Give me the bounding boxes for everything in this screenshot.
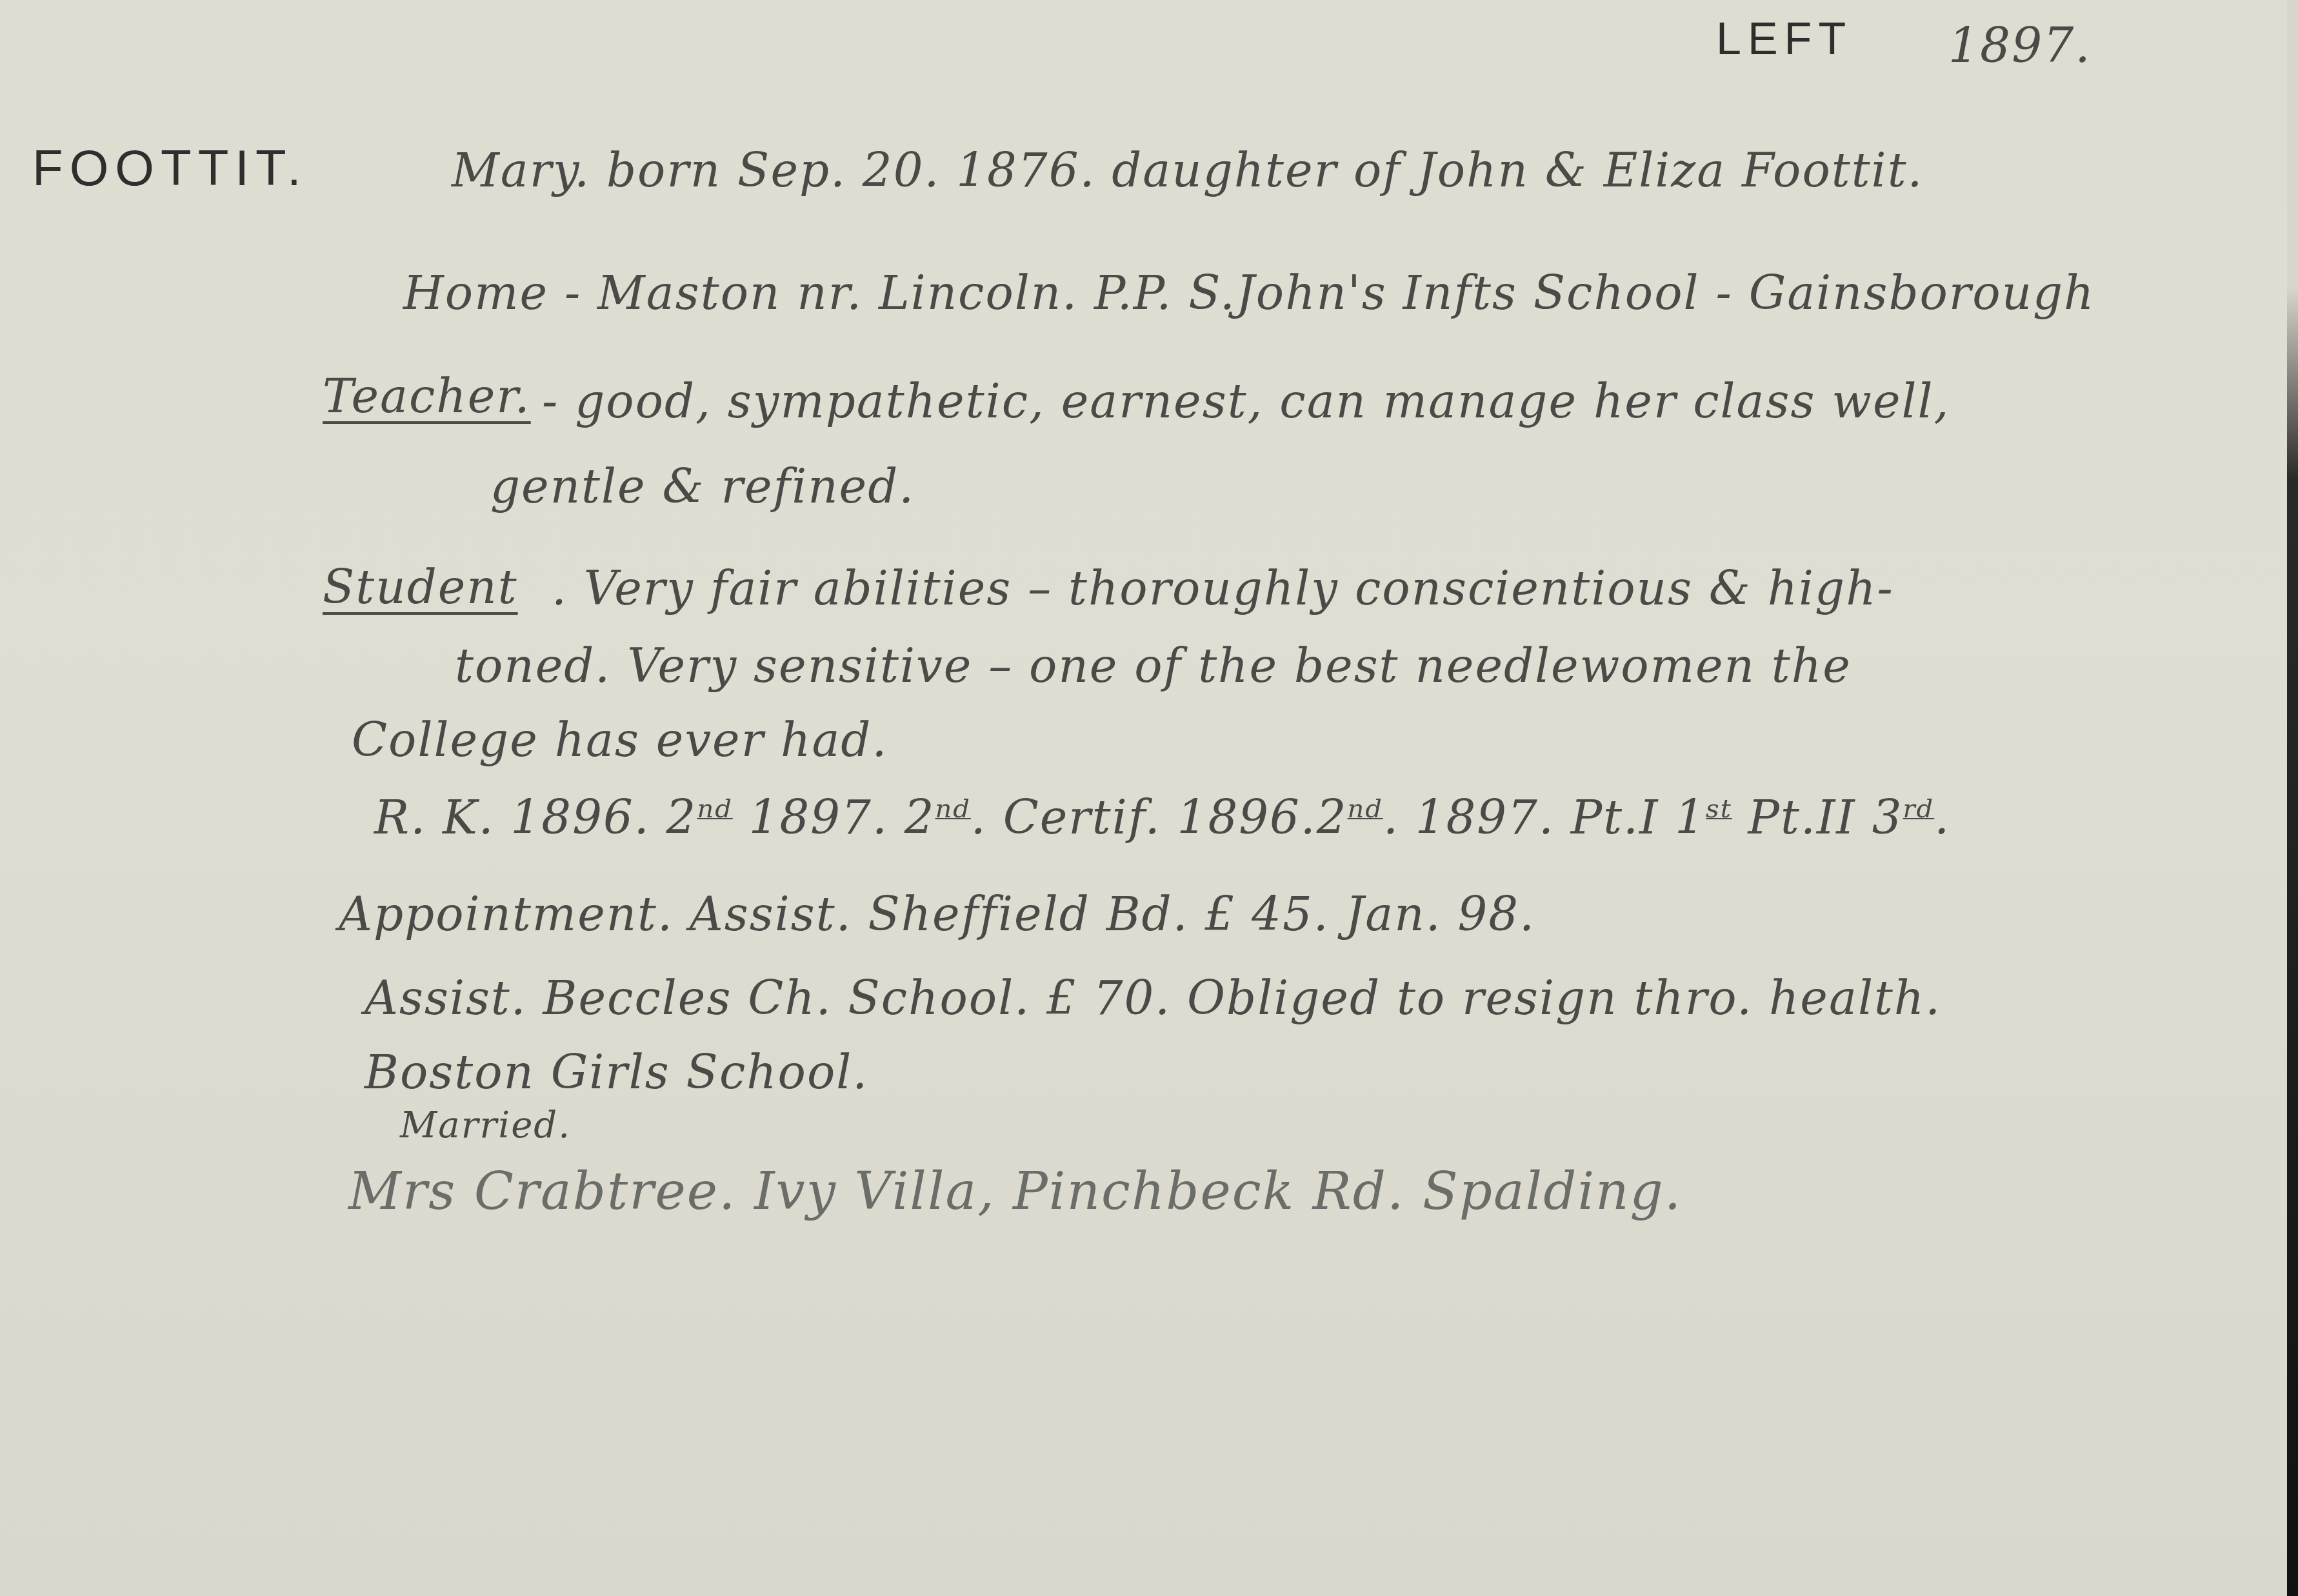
part-one-suffix: st bbox=[1706, 794, 1732, 824]
appointment-line1: Appointment. Assist. Sheffield Bd. £ 45.… bbox=[339, 887, 1535, 941]
rk-1896-year: 1896. bbox=[511, 790, 650, 844]
certif-1896-year: 1896. bbox=[1177, 790, 1317, 844]
teacher-remarks-line2: gentle & refined. bbox=[490, 459, 915, 514]
certif-1896-suffix: nd bbox=[1348, 794, 1383, 824]
teacher-label: Teacher. bbox=[323, 369, 531, 423]
page-edge-border bbox=[2287, 0, 2298, 1596]
left-status-label: LEFT bbox=[1716, 13, 1852, 65]
appointment-label: Appointment. bbox=[339, 887, 674, 941]
birth-line: Mary. born Sep. 20. 1876. daughter of Jo… bbox=[452, 143, 1923, 197]
rk-1896-class: 2 bbox=[666, 790, 697, 844]
rk-1897-class: 2 bbox=[904, 790, 935, 844]
student-remarks-line1: . Very fair abilities – thoroughly consc… bbox=[552, 561, 1894, 615]
married-label: Married. bbox=[400, 1104, 571, 1146]
certif-1896-class: 2 bbox=[1317, 790, 1348, 844]
appointment-line2: Assist. Beccles Ch. School. £ 70. Oblige… bbox=[365, 971, 1941, 1025]
part-two-suffix: rd bbox=[1903, 794, 1934, 824]
teacher-remarks-line1: - good, sympathetic, earnest, can manage… bbox=[542, 374, 1950, 428]
appointment-sheffield: Assist. Sheffield Bd. £ 45. Jan. 98. bbox=[690, 887, 1535, 941]
married-address: Mrs Crabtree. Ivy Villa, Pinchbeck Rd. S… bbox=[348, 1161, 1682, 1221]
student-label: Student bbox=[323, 560, 518, 614]
student-remarks-line3: College has ever had. bbox=[352, 713, 888, 767]
part-one-class: 1 bbox=[1675, 790, 1706, 844]
rk-label: R. K. bbox=[374, 790, 495, 844]
surname-heading: FOOTTIT. bbox=[32, 139, 308, 197]
part-one-label: Pt.I bbox=[1571, 790, 1659, 844]
exam-results-line: R. K. 1896. 2nd 1897. 2nd. Certif. 1896.… bbox=[374, 790, 1950, 844]
document-page: LEFT 1897. FOOTTIT. Mary. born Sep. 20. … bbox=[0, 0, 2287, 1596]
rk-1897-year: 1897. bbox=[749, 790, 888, 844]
student-remarks-line2: toned. Very sensitive – one of the best … bbox=[455, 639, 1852, 693]
certif-1897-year: 1897. bbox=[1415, 790, 1555, 844]
appointment-line3: Boston Girls School. bbox=[365, 1045, 868, 1099]
certif-label: Certif. bbox=[1003, 790, 1161, 844]
rk-1896-suffix: nd bbox=[697, 794, 732, 824]
left-year: 1897. bbox=[1948, 18, 2092, 74]
part-two-label: Pt.II bbox=[1748, 790, 1856, 844]
part-two-class: 3 bbox=[1872, 790, 1903, 844]
rk-1897-suffix: nd bbox=[935, 794, 970, 824]
home-line: Home - Maston nr. Lincoln. P.P. S.John's… bbox=[403, 266, 2095, 320]
